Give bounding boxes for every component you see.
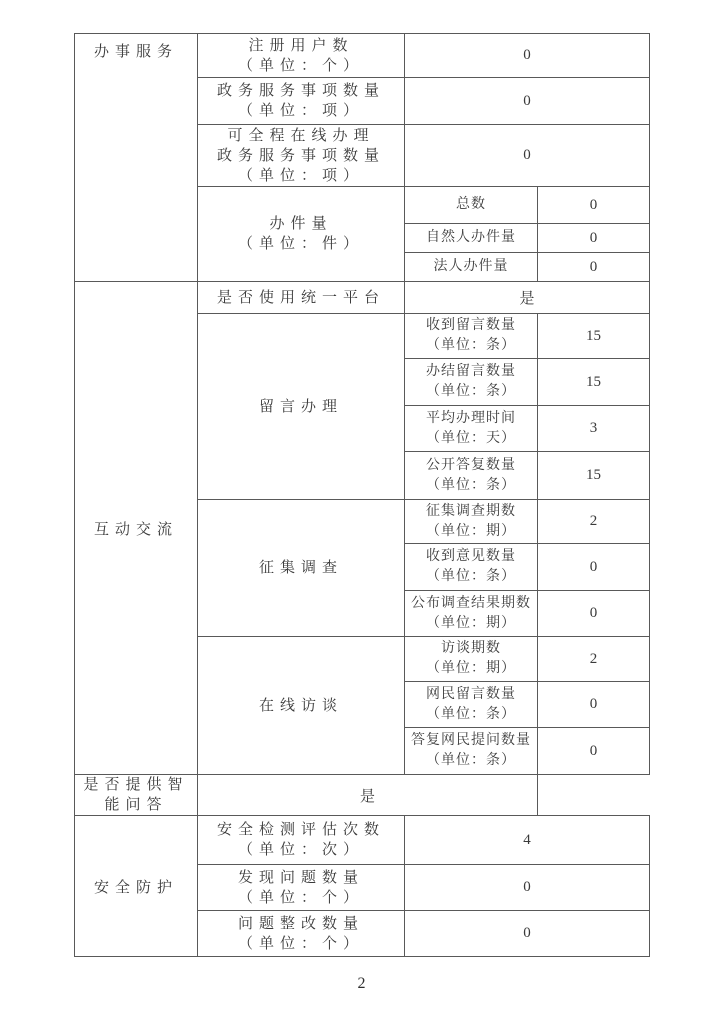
- label-line: （单位：期）: [405, 522, 537, 542]
- label-line: 收到意见数量: [405, 547, 537, 567]
- label-line: 政务服务事项数量: [198, 81, 404, 101]
- label-line: （单位：个）: [198, 934, 404, 954]
- label-line: 是否提供智能问答: [75, 775, 197, 815]
- value-cell: 0: [405, 865, 650, 911]
- category-cell: 办事服务: [75, 34, 198, 282]
- submetric-label-cell: 收到留言数量 （单位：条）: [405, 314, 538, 359]
- value-cell: 0: [405, 125, 650, 187]
- label-line: 办结留言数量: [405, 362, 537, 382]
- value-cell: 15: [538, 452, 650, 500]
- label-line: 收到留言数量: [405, 316, 537, 336]
- metric-label-cell: 征集调查: [198, 500, 405, 637]
- value-cell: 0: [538, 728, 650, 775]
- label-line: 办件量: [198, 214, 404, 234]
- value-cell: 2: [538, 637, 650, 682]
- metric-label-cell: 政务服务事项数量 （单位：项）: [198, 78, 405, 125]
- label-line: 公布调查结果期数: [405, 594, 537, 614]
- metric-label-cell: 注册用户数 （单位：个）: [198, 34, 405, 78]
- submetric-label-cell: 公布调查结果期数 （单位：期）: [405, 591, 538, 637]
- value-cell: 3: [538, 406, 650, 452]
- value-cell: 2: [538, 500, 650, 544]
- submetric-label-cell: 公开答复数量 （单位：条）: [405, 452, 538, 500]
- value-cell: 0: [538, 591, 650, 637]
- label-line: （单位：条）: [405, 567, 537, 587]
- label-line: 是否使用统一平台: [198, 288, 404, 308]
- value-cell: 0: [405, 911, 650, 957]
- label-line: 政务服务事项数量: [198, 146, 404, 166]
- label-line: （单位：项）: [198, 166, 404, 186]
- label-line: （单位：条）: [405, 751, 537, 771]
- category-label: 互动交流: [75, 518, 197, 539]
- label-line: （单位：期）: [405, 659, 537, 679]
- category-cell: 互动交流: [75, 282, 198, 775]
- document-page: 办事服务 注册用户数 （单位：个） 0 政务服务事项数量 （单位：项） 0 可全…: [0, 0, 723, 1032]
- metric-label-cell: 留言办理: [198, 314, 405, 500]
- submetric-label-cell: 收到意见数量 （单位：条）: [405, 544, 538, 591]
- label-line: （单位：条）: [405, 476, 537, 496]
- value-cell: 0: [538, 682, 650, 728]
- value-cell: 0: [405, 34, 650, 78]
- value-cell: 15: [538, 359, 650, 406]
- category-label: 安全防护: [75, 876, 197, 897]
- submetric-label-cell: 总数: [405, 187, 538, 224]
- submetric-label-cell: 法人办件量: [405, 253, 538, 282]
- label-line: 征集调查: [198, 558, 404, 578]
- report-table: 办事服务 注册用户数 （单位：个） 0 政务服务事项数量 （单位：项） 0 可全…: [74, 33, 650, 957]
- submetric-label-cell: 平均办理时间 （单位：天）: [405, 406, 538, 452]
- label-line: （单位：天）: [405, 429, 537, 449]
- submetric-label-cell: 网民留言数量 （单位：条）: [405, 682, 538, 728]
- metric-label-cell: 是否使用统一平台: [198, 282, 405, 314]
- label-line: 征集调查期数: [405, 502, 537, 522]
- label-line: （单位：件）: [198, 234, 404, 254]
- value-cell: 0: [538, 544, 650, 591]
- submetric-label-cell: 访谈期数 （单位：期）: [405, 637, 538, 682]
- metric-label-cell: 问题整改数量 （单位：个）: [198, 911, 405, 957]
- metric-label-cell: 安全检测评估次数 （单位：次）: [198, 816, 405, 865]
- label-line: 网民留言数量: [405, 685, 537, 705]
- label-line: 平均办理时间: [405, 409, 537, 429]
- value-cell: 0: [538, 187, 650, 224]
- label-line: 法人办件量: [405, 257, 537, 277]
- metric-label-cell: 发现问题数量 （单位：个）: [198, 865, 405, 911]
- label-line: 访谈期数: [405, 639, 537, 659]
- label-line: （单位：条）: [405, 336, 537, 356]
- value-cell: 是: [405, 282, 650, 314]
- label-line: 问题整改数量: [198, 914, 404, 934]
- label-line: 答复网民提问数量: [405, 731, 537, 751]
- label-line: （单位：个）: [198, 56, 404, 76]
- label-line: 总数: [405, 195, 537, 215]
- label-line: （单位：期）: [405, 614, 537, 634]
- metric-label-cell: 办件量 （单位：件）: [198, 187, 405, 282]
- submetric-label-cell: 征集调查期数 （单位：期）: [405, 500, 538, 544]
- submetric-label-cell: 自然人办件量: [405, 224, 538, 253]
- value-cell: 0: [538, 224, 650, 253]
- submetric-label-cell: 办结留言数量 （单位：条）: [405, 359, 538, 406]
- label-line: （单位：次）: [198, 840, 404, 860]
- label-line: 安全检测评估次数: [198, 820, 404, 840]
- label-line: 公开答复数量: [405, 456, 537, 476]
- label-line: 注册用户数: [198, 36, 404, 56]
- value-cell: 0: [405, 78, 650, 125]
- page-number: 2: [0, 975, 723, 993]
- category-cell: 安全防护: [75, 816, 198, 957]
- category-label: 办事服务: [75, 40, 197, 61]
- label-line: （单位：个）: [198, 888, 404, 908]
- label-line: 留言办理: [198, 397, 404, 417]
- submetric-label-cell: 答复网民提问数量 （单位：条）: [405, 728, 538, 775]
- label-line: （单位：项）: [198, 101, 404, 121]
- metric-label-cell: 是否提供智能问答: [75, 775, 198, 816]
- metric-label-cell: 在线访谈: [198, 637, 405, 775]
- value-cell: 15: [538, 314, 650, 359]
- value-cell: 4: [405, 816, 650, 865]
- label-line: 在线访谈: [198, 696, 404, 716]
- label-line: （单位：条）: [405, 382, 537, 402]
- label-line: 发现问题数量: [198, 868, 404, 888]
- value-cell: 0: [538, 253, 650, 282]
- label-line: 可全程在线办理: [198, 126, 404, 146]
- value-cell: 是: [198, 775, 538, 816]
- label-line: （单位：条）: [405, 705, 537, 725]
- metric-label-cell: 可全程在线办理 政务服务事项数量 （单位：项）: [198, 125, 405, 187]
- label-line: 自然人办件量: [405, 228, 537, 248]
